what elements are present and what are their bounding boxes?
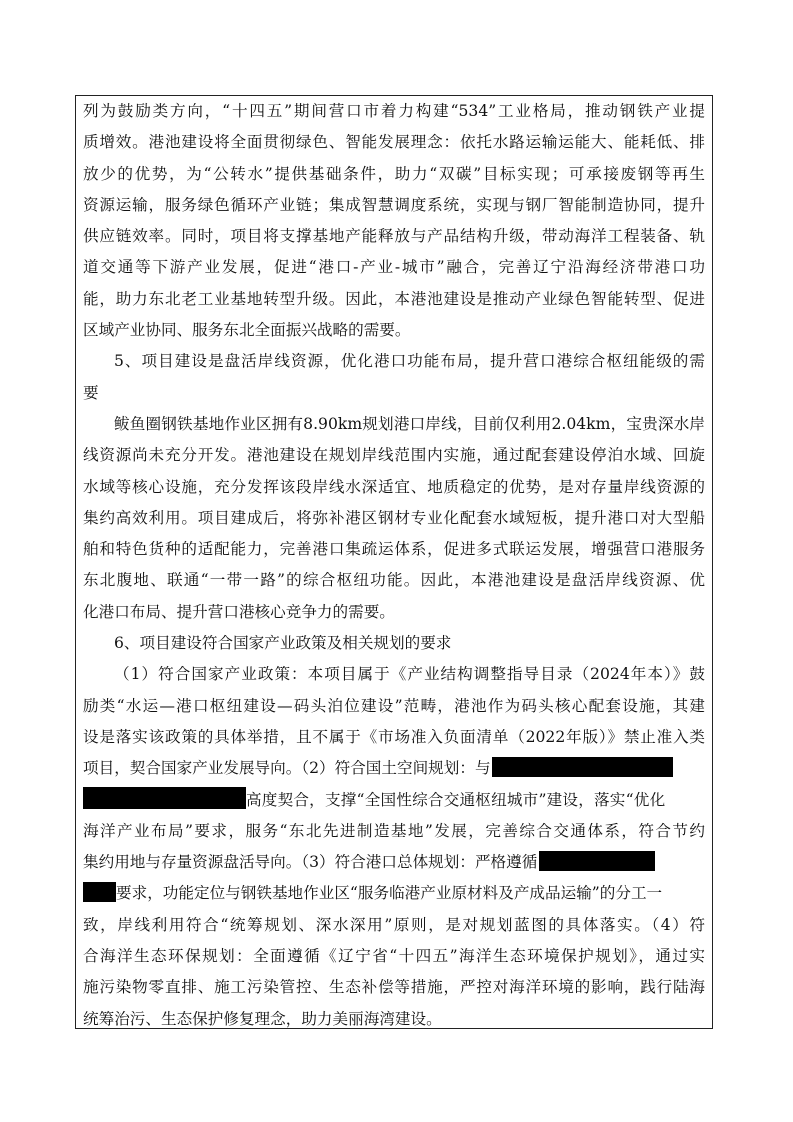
text-line: 线资源尚未充分开发。港池建设在规划岸线范围内实施，通过配套建设停泊水域、回旋 <box>83 440 705 471</box>
text-line: 设是落实该政策的具体举措，且不属于《市场准入负面清单（2022年版）》禁止准入类 <box>83 722 705 753</box>
text-line: 海洋产业布局”要求，服务“东北先进制造基地”发展，完善综合交通体系，符合节约 <box>83 816 705 847</box>
text-line: 施污染物零直排、施工污染管控、生态补偿等措施，严控对海洋环境的影响，践行陆海 <box>83 972 705 1003</box>
text-line-with-redaction: 要求，功能定位与钢铁基地作业区“服务临港产业原材料及产成品运输”的分工一 <box>83 878 705 909</box>
text-line: 鲅鱼圈钢铁基地作业区拥有8.90km规划港口岸线，目前仅利用2.04km，宝贵深… <box>83 409 705 440</box>
text-line: 区域产业协同、服务东北全面振兴战略的需要。 <box>83 315 705 346</box>
section-heading-6: 6、项目建设符合国家产业政策及相关规划的要求 <box>83 628 705 659</box>
text-line-with-redaction: 集约用地与存量资源盘活导向。（3）符合港口总体规划：严格遵循 <box>83 847 705 878</box>
text-line: 统筹治污、生态保护修复理念，助力美丽海湾建设。 <box>83 1004 705 1035</box>
section-heading-5-cont: 要 <box>83 378 705 409</box>
text-line: 集约高效利用。项目建成后，将弥补港区钢材专业化配套水域短板，提升港口对大型船 <box>83 503 705 534</box>
text-line: 水域等核心设施，充分发挥该段岸线水深适宜、地质稳定的优势，是对存量岸线资源的 <box>83 472 705 503</box>
text-line: 舶和特色货种的适配能力，完善港口集疏运体系，促进多式联运发展，增强营口港服务 <box>83 534 705 565</box>
text-line: 放少的优势，为“公转水”提供基础条件，助力“双碳”目标实现；可承接废钢等再生 <box>83 159 705 190</box>
redaction-block <box>83 882 116 902</box>
text-line: 致，岸线利用符合“统筹规划、深水深用”原则，是对规划蓝图的具体落实。（4）符 <box>83 910 705 941</box>
text-line: 质增效。港池建设将全面贯彻绿色、智能发展理念：依托水路运输运能大、能耗低、排 <box>83 127 705 158</box>
text-segment: 要求，功能定位与钢铁基地作业区“服务临港产业原材料及产成品运输”的分工一 <box>116 884 662 902</box>
redaction-block <box>539 851 655 871</box>
text-line-with-redaction: 高度契合，支撑“全国性综合交通枢纽城市”建设，落实“优化 <box>83 785 705 816</box>
redaction-block <box>83 787 246 809</box>
text-line: 列为鼓励类方向，“十四五”期间营口市着力构建“534”工业格局，推动钢铁产业提 <box>83 96 705 127</box>
section-heading-5: 5、项目建设是盘活岸线资源，优化港口功能布局，提升营口港综合枢纽能级的需 <box>83 346 705 377</box>
text-line: 励类“水运—港口枢纽建设—码头泊位建设”范畴，港池作为码头核心配套设施，其建 <box>83 691 705 722</box>
text-line-with-redaction: 项目，契合国家产业发展导向。（2）符合国土空间规划：与 <box>83 753 705 784</box>
text-segment: 高度契合，支撑“全国性综合交通枢纽城市”建设，落实“优化 <box>246 791 665 809</box>
text-line: 供应链效率。同时，项目将支撑基地产能释放与产品结构升级，带动海洋工程装备、轨 <box>83 221 705 252</box>
text-line: 东北腹地、联通“一带一路”的综合枢纽功能。因此，本港池建设是盘活岸线资源、优 <box>83 565 705 596</box>
text-line: （1）符合国家产业政策：本项目属于《产业结构调整指导目录（2024年本）》鼓 <box>83 659 705 690</box>
text-line: 道交通等下游产业发展，促进“港口-产业-城市”融合，完善辽宁沿海经济带港口功 <box>83 252 705 283</box>
text-segment: 项目，契合国家产业发展导向。（2）符合国土空间规划：与 <box>83 759 491 777</box>
text-line: 能，助力东北老工业基地转型升级。因此，本港池建设是推动产业绿色智能转型、促进 <box>83 284 705 315</box>
document-body: 列为鼓励类方向，“十四五”期间营口市着力构建“534”工业格局，推动钢铁产业提 … <box>83 96 705 1035</box>
redaction-block <box>492 757 673 777</box>
text-segment: 集约用地与存量资源盘活导向。（3）符合港口总体规划：严格遵循 <box>83 853 537 871</box>
text-line: 化港口布局、提升营口港核心竞争力的需要。 <box>83 597 705 628</box>
text-line: 资源运输，服务绿色循环产业链；集成智慧调度系统，实现与钢厂智能制造协同，提升 <box>83 190 705 221</box>
text-line: 合海洋生态环保规划：全面遵循《辽宁省“十四五”海洋生态环境保护规划》，通过实 <box>83 941 705 972</box>
